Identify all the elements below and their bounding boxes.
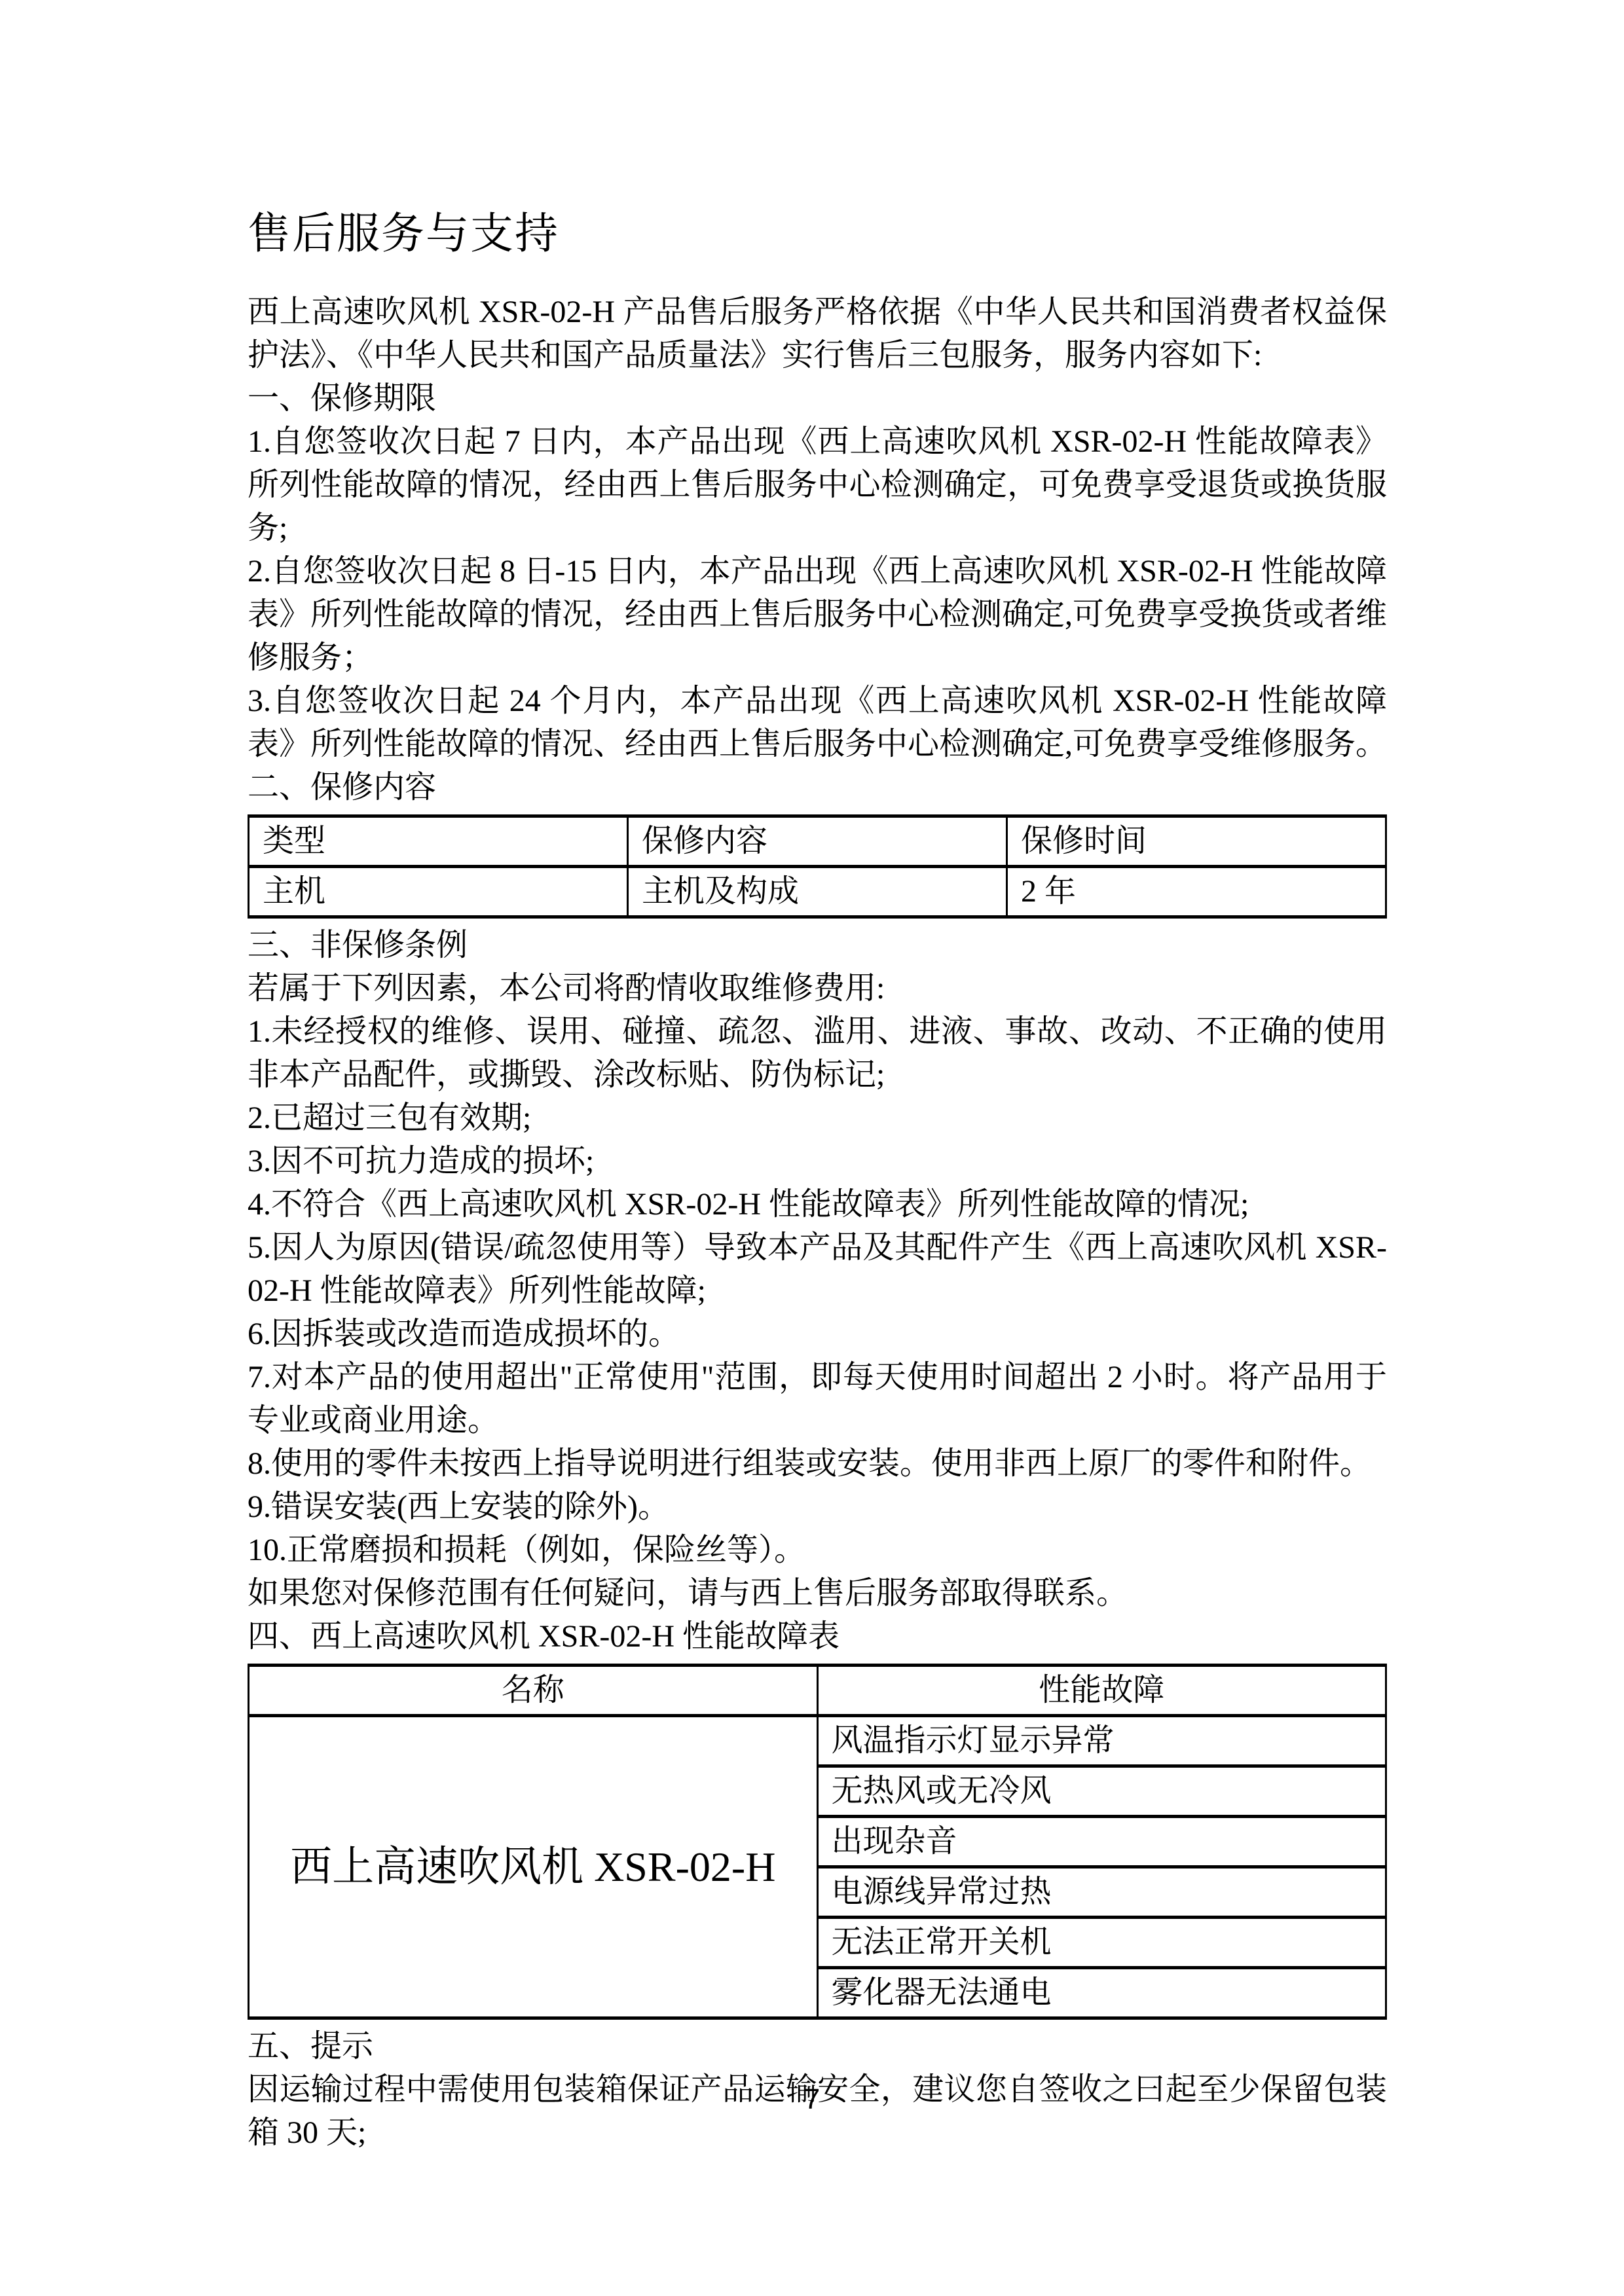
section-heading-warranty-content: 二、保修内容 bbox=[248, 766, 1387, 809]
non-warranty-item: 3.因不可抗力造成的损坏; bbox=[248, 1140, 1387, 1183]
non-warranty-item: 10.正常磨损和损耗（例如，保险丝等）。 bbox=[248, 1529, 1387, 1572]
non-warranty-item: 4.不符合《西上高速吹风机 XSR-02-H 性能故障表》所列性能故障的情况; bbox=[248, 1183, 1387, 1226]
cell-fault: 无热风或无冷风 bbox=[817, 1766, 1386, 1817]
column-header-name: 名称 bbox=[249, 1666, 818, 1716]
cell-content: 主机及构成 bbox=[628, 867, 1007, 917]
non-warranty-lead: 若属于下列因素，本公司将酌情收取维修费用: bbox=[248, 967, 1387, 1010]
page-number: 7 bbox=[0, 2083, 1624, 2116]
cell-fault: 雾化器无法通电 bbox=[817, 1968, 1386, 2018]
section-heading-fault-table: 四、西上高速吹风机 XSR-02-H 性能故障表 bbox=[248, 1615, 1387, 1658]
warranty-content-table: 类型 保修内容 保修时间 主机 主机及构成 2 年 bbox=[248, 814, 1387, 919]
section-heading-warranty-period: 一、保修期限 bbox=[248, 377, 1387, 420]
section-heading-tips: 五、提示 bbox=[248, 2025, 1387, 2068]
cell-fault: 出现杂音 bbox=[817, 1817, 1386, 1867]
cell-product-name: 西上高速吹风机 XSR-02-H bbox=[249, 1716, 818, 2018]
column-header-duration: 保修时间 bbox=[1007, 816, 1386, 867]
column-header-fault: 性能故障 bbox=[817, 1666, 1386, 1716]
non-warranty-item: 2.已超过三包有效期; bbox=[248, 1097, 1387, 1140]
column-header-content: 保修内容 bbox=[628, 816, 1007, 867]
non-warranty-item: 6.因拆装或改造而造成损坏的。 bbox=[248, 1313, 1387, 1356]
cell-type: 主机 bbox=[249, 867, 628, 917]
table-row: 主机 主机及构成 2 年 bbox=[249, 867, 1386, 917]
section-heading-non-warranty: 三、非保修条例 bbox=[248, 924, 1387, 967]
table-row: 西上高速吹风机 XSR-02-H 风温指示灯显示异常 bbox=[249, 1716, 1386, 1766]
cell-fault: 风温指示灯显示异常 bbox=[817, 1716, 1386, 1766]
warranty-period-item: 1.自您签收次日起 7 日内，本产品出现《西上高速吹风机 XSR-02-H 性能… bbox=[248, 420, 1387, 550]
column-header-type: 类型 bbox=[249, 816, 628, 867]
warranty-period-item: 2.自您签收次日起 8 日-15 日内，本产品出现《西上高速吹风机 XSR-02… bbox=[248, 550, 1387, 680]
warranty-period-item: 3.自您签收次日起 24 个月内，本产品出现《西上高速吹风机 XSR-02-H … bbox=[248, 680, 1387, 766]
document-page: 售后服务与支持 西上高速吹风机 XSR-02-H 产品售后服务严格依据《中华人民… bbox=[0, 0, 1624, 2296]
table-header-row: 类型 保修内容 保修时间 bbox=[249, 816, 1386, 867]
table-header-row: 名称 性能故障 bbox=[249, 1666, 1386, 1716]
non-warranty-item: 9.错误安装(西上安装的除外)。 bbox=[248, 1485, 1387, 1529]
cell-fault: 电源线异常过热 bbox=[817, 1867, 1386, 1918]
intro-paragraph: 西上高速吹风机 XSR-02-H 产品售后服务严格依据《中华人民共和国消费者权益… bbox=[248, 291, 1387, 377]
non-warranty-note: 如果您对保修范围有任何疑问，请与西上售后服务部取得联系。 bbox=[248, 1572, 1387, 1615]
page-title: 售后服务与支持 bbox=[248, 208, 1387, 261]
non-warranty-item: 1.未经授权的维修、误用、碰撞、疏忽、滥用、进液、事故、改动、不正确的使用非本产… bbox=[248, 1010, 1387, 1097]
cell-duration: 2 年 bbox=[1007, 867, 1386, 917]
non-warranty-item: 7.对本产品的使用超出"正常使用"范围，即每天使用时间超出 2 小时。将产品用于… bbox=[248, 1356, 1387, 1442]
non-warranty-item: 8.使用的零件未按西上指导说明进行组装或安装。使用非西上原厂的零件和附件。 bbox=[248, 1442, 1387, 1485]
fault-table: 名称 性能故障 西上高速吹风机 XSR-02-H 风温指示灯显示异常 无热风或无… bbox=[248, 1664, 1387, 2020]
cell-fault: 无法正常开关机 bbox=[817, 1918, 1386, 1968]
non-warranty-item: 5.因人为原因(错误/疏忽使用等）导致本产品及其配件产生《西上高速吹风机 XSR… bbox=[248, 1226, 1387, 1313]
document-content: 售后服务与支持 西上高速吹风机 XSR-02-H 产品售后服务严格依据《中华人民… bbox=[248, 208, 1387, 2155]
